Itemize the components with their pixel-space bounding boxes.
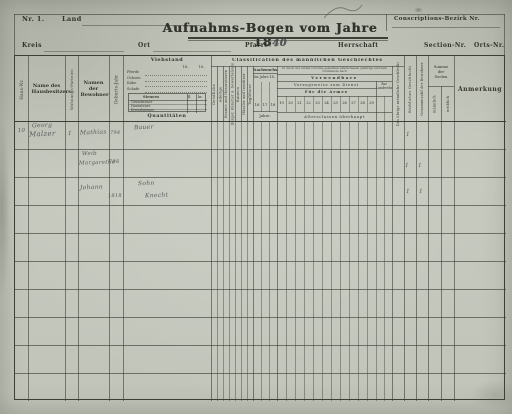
classification-title: Classification des männlichen Geschlecht… — [211, 58, 404, 63]
nachwuchs-title: Nachwuchs — [253, 68, 277, 72]
census-table: Haus-Nr. Name des Hausbesitzers Wohnungs… — [14, 55, 505, 400]
hw-geburtsjahr: 798 — [109, 159, 120, 165]
title-underline-thin — [188, 40, 388, 41]
age-col-22: 22 — [304, 101, 313, 105]
armee-label: Für die Armee — [277, 90, 376, 94]
gestellte-line2: Verwendbare — [277, 76, 392, 80]
viehstand-year-col-2: 18.. — [195, 65, 209, 69]
col-header-hausbesitzer: Name des Hausbesitzers — [28, 56, 65, 122]
nachwuchs-age-16: 16 — [253, 103, 261, 107]
gestellte-line1: In die in der ersten Colonne gestellten … — [278, 67, 391, 73]
viehstand-animal-2: Ochsen — [127, 76, 141, 80]
section-label: Section-Nr. — [424, 43, 466, 50]
col-header-haus-nr: Haus-Nr. — [15, 56, 28, 122]
hw-bewohner: Mathias — [80, 129, 107, 137]
land-label: Land — [62, 16, 82, 23]
pfarre-label: Pfarre — [245, 43, 269, 50]
viehstand-animal-4: Schafe — [127, 87, 139, 91]
age-col-24: 24 — [322, 101, 331, 105]
scanned-census-sheet: Nr. 1. Land Conscriptions-Bezirk Nr. Auf… — [0, 0, 512, 414]
hw-besitzer-line1: Georg — [32, 122, 52, 130]
scan-shadow-left — [0, 120, 10, 300]
kreis-label: Kreis — [22, 43, 42, 50]
title-underline-thick — [188, 37, 388, 39]
steuern-col-fl: fl. — [188, 95, 192, 99]
table-header: Haus-Nr. Name des Hausbesitzers Wohnungs… — [15, 56, 506, 122]
viehstand-animal-3: Kühe — [127, 81, 136, 85]
landwehr-label: Zur Landwehr — [376, 83, 392, 90]
col-header-weiblich: Weibliches Geschlecht — [404, 56, 416, 122]
hw-weiblich-tick: 1 — [405, 162, 409, 169]
age-col-20: 20 — [286, 101, 295, 105]
hw-stand-line1: Sohn — [138, 180, 155, 188]
body-grid: 10 Georg Malzer 1 Mathias 794 Bauer 1 We… — [15, 122, 506, 401]
age-col-28: 28 — [358, 101, 367, 105]
hw-gesammt-tick: 1 — [419, 188, 423, 195]
age-col-27: 27 — [349, 101, 358, 105]
col-header-anmerkung: Anmerkung — [454, 56, 506, 122]
col-header-gesammt: Gesammtzahl der Bewohner — [416, 56, 428, 122]
hw-geburtsjahr: 794 — [110, 130, 121, 136]
age-col-21: 21 — [295, 101, 304, 105]
herrschaft-label: Herrschaft — [338, 43, 378, 50]
ort-label: Ort — [138, 43, 150, 50]
viehstand-title: Viehstand — [123, 58, 211, 64]
age-col-26: 26 — [340, 101, 349, 105]
orts-nr-label: Orts-Nr. — [474, 43, 504, 50]
summe-box-title: Summe der Seelen — [428, 56, 454, 86]
col-header-uebrig-maennlich: Das übrige männliche Geschlecht — [392, 66, 404, 122]
hw-besitzer-line2: Malzer — [29, 130, 56, 139]
viehstand-year-col-1: 18.. — [179, 65, 193, 69]
left-rule — [14, 14, 15, 55]
col-header-parteien: Wohnungs-Parteien — [65, 56, 78, 122]
top-rule — [14, 14, 505, 15]
gestellte-line3: Vorzugsweise zum Dienst — [277, 83, 376, 87]
summe-col-weiblich: weiblich — [441, 86, 454, 122]
nachwuchs-age-17: 17 — [261, 103, 269, 107]
viehstand-box: Viehstand 18.. 18.. Pferde Ochsen Kühe S… — [123, 56, 211, 122]
form-number-label: Nr. 1. — [22, 16, 44, 23]
kreis-blank-line — [44, 51, 124, 52]
pfarre-handwritten-mark: 11 — [268, 40, 279, 49]
hw-gesammt-tick: 1 — [418, 162, 422, 169]
age-col-29: 29 — [367, 101, 376, 105]
hw-haus-nr: 10 — [16, 128, 27, 134]
hw-parteien: 1 — [68, 130, 72, 137]
hw-weiblich-tick: 1 — [406, 188, 410, 195]
hw-bewohner-line1: Weib — [82, 151, 97, 158]
hw-geburtsjahr: 1818 — [108, 193, 122, 199]
ort-blank-line — [153, 51, 231, 52]
gestellte-footer: Altersclassen überhaupt — [277, 115, 392, 119]
hw-stand-line2: Knecht — [145, 192, 169, 200]
classification-block: Classification des männlichen Geschlecht… — [211, 56, 404, 122]
steuern-title: Steuern — [143, 95, 159, 99]
nachwuchs-subtitle: Im Jahre 18.. — [253, 76, 277, 80]
hw-stand: Bauer — [134, 124, 154, 132]
nachwuchs-age-18: 18 — [269, 103, 277, 107]
hw-weiblich-tick: 1 — [406, 131, 410, 138]
col-header-bewohner: Namen der Bewohner — [78, 56, 109, 122]
age-col-25: 25 — [331, 101, 340, 105]
age-col-19: 19 — [277, 101, 286, 105]
steuern-box: Steuern fl. kr. Grundsteuer Haussteuer E… — [128, 93, 206, 112]
summe-col-maennlich: männlich — [428, 86, 441, 122]
steuern-col-kr: kr. — [198, 95, 203, 99]
conscription-label: Conscriptions-Bezirk Nr. — [394, 16, 480, 22]
col-header-geburtsjahr: Geburts-Jahr — [109, 56, 123, 122]
hw-bewohner: Johann — [80, 184, 103, 192]
ink-flourish — [322, 2, 364, 20]
conscription-blank-line — [392, 27, 500, 28]
viehstand-footer: Quantitäten — [123, 114, 211, 119]
ink-blot — [414, 7, 423, 13]
viehstand-animal-1: Pferde — [127, 70, 139, 74]
nachwuchs-footer: Jahre. — [253, 114, 277, 118]
age-col-23: 23 — [313, 101, 322, 105]
